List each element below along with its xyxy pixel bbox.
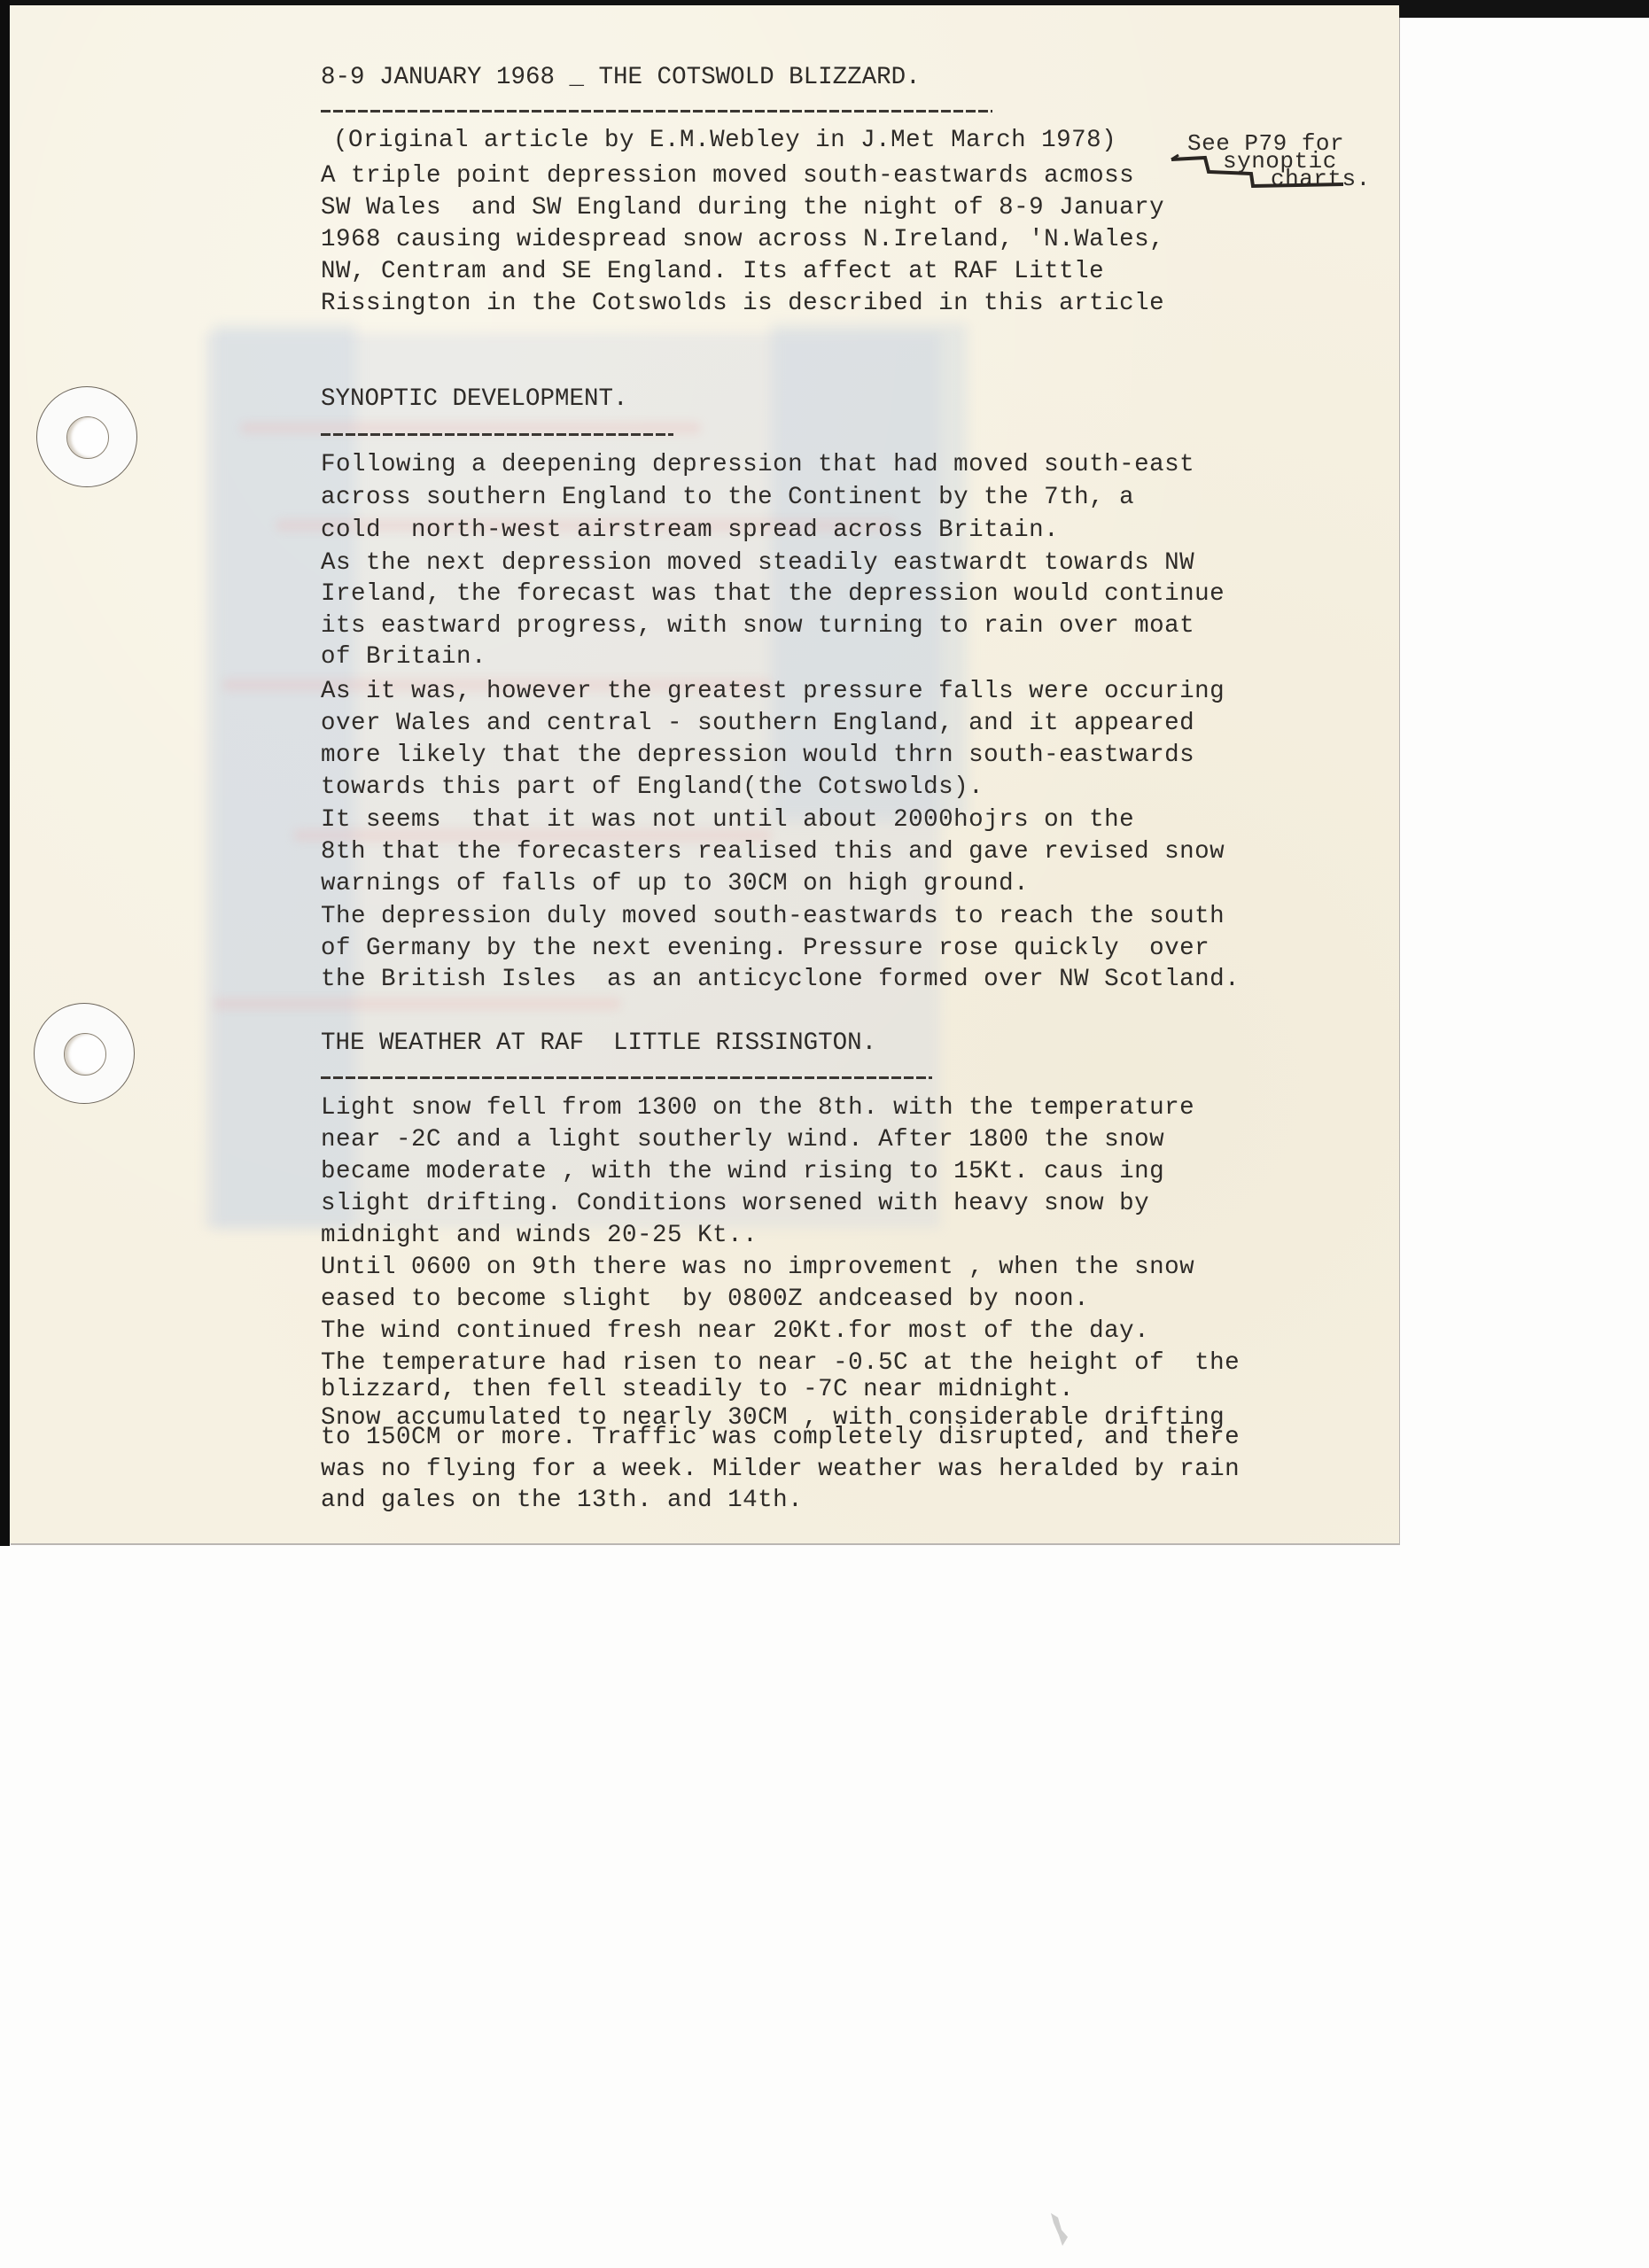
source-citation: (Original article by E.M.Webley in J.Met…: [333, 127, 1116, 155]
body-line: the British Isles as an anticyclone form…: [321, 966, 1240, 994]
body-line: towards this part of England(the Cotswol…: [321, 773, 984, 802]
body-line: 8th that the forecasters realised this a…: [321, 838, 1225, 866]
body-line: Until 0600 on 9th there was no improveme…: [321, 1254, 1194, 1282]
body-line: Following a deepening depression that ha…: [321, 451, 1194, 479]
title-underline: [321, 110, 992, 113]
body-line: and gales on the 13th. and 14th.: [321, 1487, 803, 1515]
intro-line: NW, Centram and SE England. Its affect a…: [321, 258, 1104, 286]
body-line: As it was, however the greatest pressure…: [321, 678, 1225, 706]
document-title: 8-9 JANUARY 1968 _ THE COTSWOLD BLIZZARD…: [321, 64, 921, 92]
margin-note-arrow-icon: [1170, 152, 1382, 190]
section-underline: [321, 433, 673, 436]
body-line: was no flying for a week. Milder weather…: [321, 1456, 1240, 1484]
body-line: As the next depression moved steadily ea…: [321, 549, 1194, 578]
body-line: across southern England to the Continent…: [321, 484, 1134, 512]
body-line: warnings of falls of up to 30CM on high …: [321, 870, 1029, 898]
typed-article: 8-9 JANUARY 1968 _ THE COTSWOLD BLIZZARD…: [0, 0, 1649, 1546]
intro-line: Rissington in the Cotswolds is described…: [321, 290, 1164, 318]
body-line: blizzard, then fell steadily to -7C near…: [321, 1376, 1074, 1404]
section-underline: [321, 1076, 932, 1079]
body-line: over Wales and central - southern Englan…: [321, 710, 1194, 738]
body-line: slight drifting. Conditions worsened wit…: [321, 1190, 1149, 1218]
body-line: midnight and winds 20-25 Kt..: [321, 1222, 758, 1250]
intro-line: SW Wales and SW England during the night…: [321, 194, 1164, 222]
body-line: of Britain.: [321, 643, 486, 672]
section-heading-synoptic: SYNOPTIC DEVELOPMENT.: [321, 385, 628, 414]
body-line: of Germany by the next evening. Pressure…: [321, 935, 1210, 963]
body-line: The temperature had risen to near -0.5C …: [321, 1349, 1240, 1378]
body-line: became moderate , with the wind rising t…: [321, 1158, 1164, 1186]
intro-line: 1968 causing widespread snow across N.Ir…: [321, 226, 1164, 254]
intro-line: A triple point depression moved south-ea…: [321, 162, 1134, 190]
scan-artifact-mark: [1050, 2212, 1070, 2248]
body-line: The depression duly moved south-eastward…: [321, 903, 1225, 931]
body-line: more likely that the depression would th…: [321, 742, 1194, 770]
body-line: cold north-west airstream spread across …: [321, 517, 1059, 545]
body-line: near -2C and a light southerly wind. Aft…: [321, 1126, 1164, 1154]
body-line: Ireland, the forecast was that the depre…: [321, 580, 1225, 609]
body-line: to 150CM or more. Traffic was completely…: [321, 1424, 1240, 1452]
body-line: its eastward progress, with snow turning…: [321, 612, 1194, 641]
body-line: The wind continued fresh near 20Kt.for m…: [321, 1317, 1149, 1346]
body-line: Light snow fell from 1300 on the 8th. wi…: [321, 1094, 1194, 1122]
body-line: It seems that it was not until about 200…: [321, 806, 1134, 835]
body-line: eased to become slight by 0800Z andcease…: [321, 1285, 1089, 1314]
section-heading-weather: THE WEATHER AT RAF LITTLE RISSINGTON.: [321, 1029, 876, 1058]
